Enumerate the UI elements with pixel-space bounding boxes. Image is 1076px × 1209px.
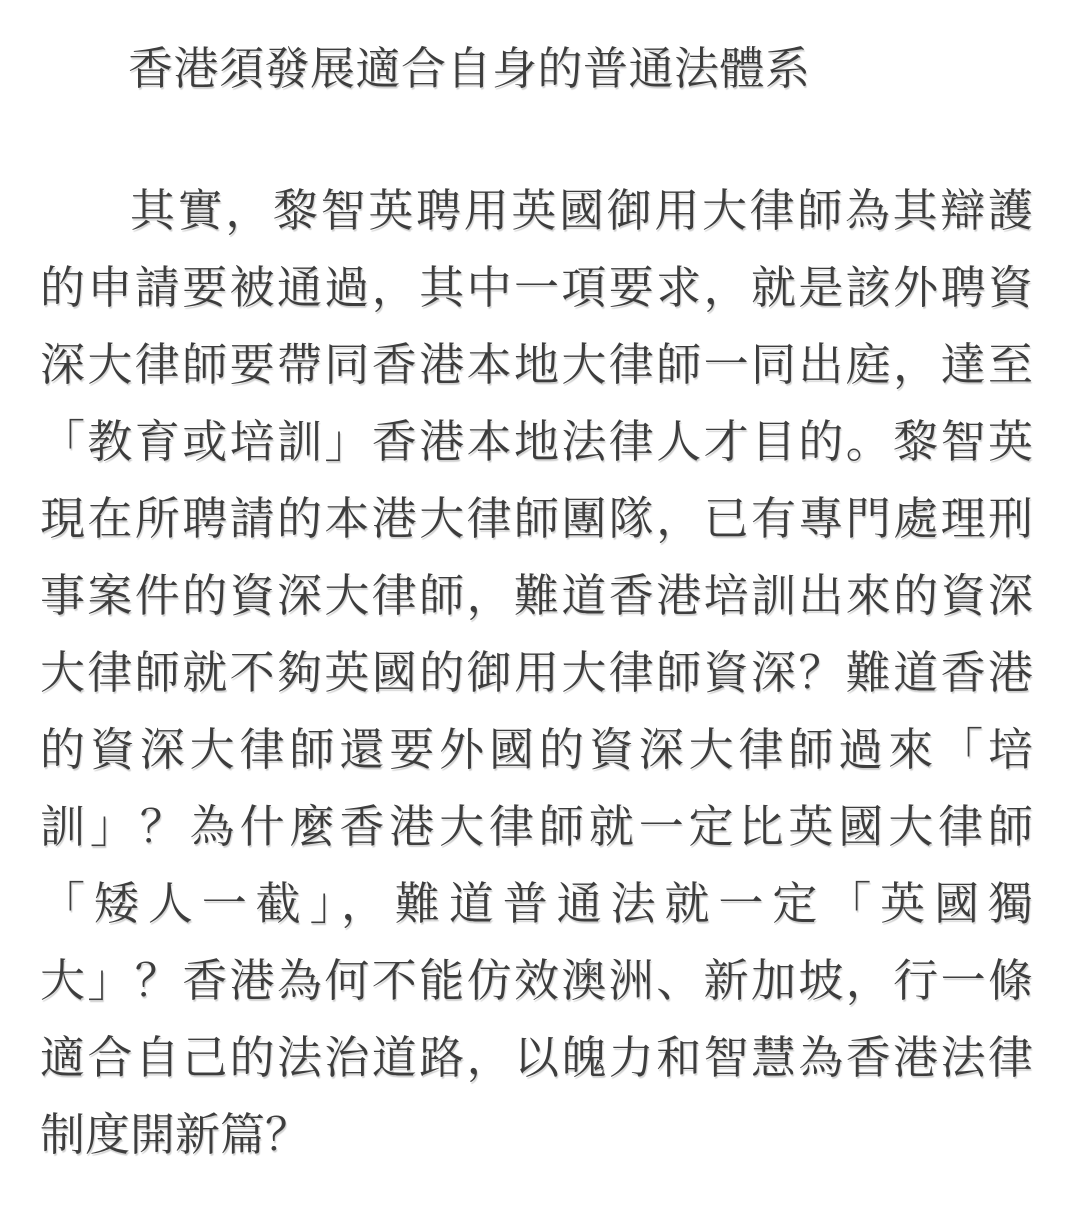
article-title: 香港須發展適合自身的普通法體系 — [40, 0, 1033, 96]
text-line: 適合自己的法治道路，以魄力和智慧為香港法律 — [40, 1020, 1033, 1097]
text-line: 訓」？為什麼香港大律師就一定比英國大律師 — [40, 789, 1033, 866]
document-page: 香港須發展適合自身的普通法體系 其實，黎智英聘用英國御用大律師為其辯護 的申請要… — [0, 0, 1076, 1209]
text-line: 「教育或培訓」香港本地法律人才目的。黎智英 — [40, 404, 1033, 481]
text-line: 的資深大律師還要外國的資深大律師過來「培 — [40, 712, 1033, 789]
text-line: 大」？香港為何不能仿效澳洲、新加坡，行一條 — [40, 943, 1033, 1020]
text-line: 大律師就不夠英國的御用大律師資深？難道香港 — [40, 635, 1033, 712]
article-paragraph: 其實，黎智英聘用英國御用大律師為其辯護 的申請要被通過，其中一項要求，就是該外聘… — [40, 173, 1033, 1174]
text-line: 的申請要被通過，其中一項要求，就是該外聘資 — [40, 250, 1033, 327]
text-line: 現在所聘請的本港大律師團隊，已有專門處理刑 — [40, 481, 1033, 558]
text-line: 深大律師要帶同香港本地大律師一同出庭，達至 — [40, 327, 1033, 404]
text-line: 事案件的資深大律師，難道香港培訓出來的資深 — [40, 558, 1033, 635]
text-line: 「矮人一截」，難道普通法就一定「英國獨 — [40, 866, 1033, 943]
text-line: 制度開新篇？ — [40, 1097, 1033, 1174]
text-line: 其實，黎智英聘用英國御用大律師為其辯護 — [40, 173, 1033, 250]
